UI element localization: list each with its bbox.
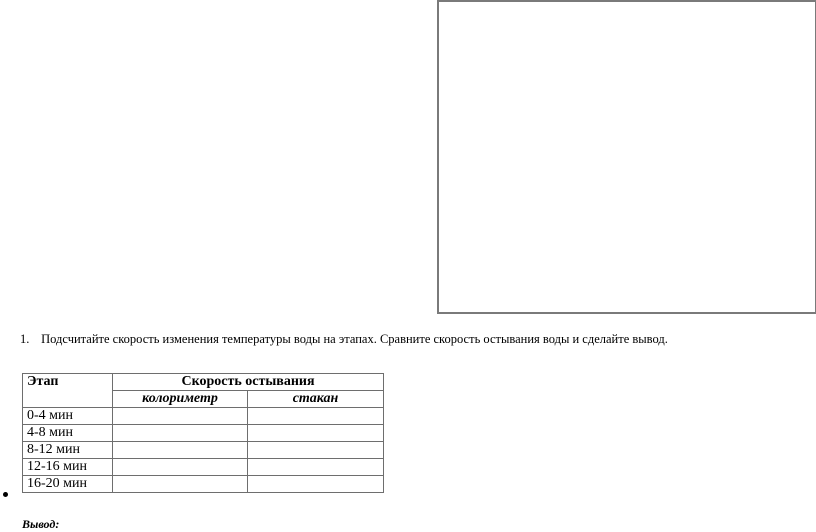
graph-drawing-area <box>437 0 816 314</box>
glass-cell[interactable] <box>248 442 384 459</box>
table-row: 16-20 мин <box>23 476 384 493</box>
stage-cell: 16-20 мин <box>23 476 113 493</box>
table-row: 0-4 мин <box>23 408 384 425</box>
header-calorimeter: колориметр <box>113 391 248 408</box>
glass-cell[interactable] <box>248 425 384 442</box>
calorimeter-cell[interactable] <box>113 408 248 425</box>
bullet-icon <box>3 492 8 497</box>
calorimeter-cell[interactable] <box>113 459 248 476</box>
table-row: 8-12 мин <box>23 442 384 459</box>
stage-cell: 8-12 мин <box>23 442 113 459</box>
stage-cell: 4-8 мин <box>23 425 113 442</box>
task-number: 1. <box>20 332 38 347</box>
calorimeter-cell[interactable] <box>113 442 248 459</box>
table-row: 4-8 мин <box>23 425 384 442</box>
task-text: Подсчитайте скорость изменения температу… <box>41 332 668 346</box>
cooling-speed-table: Этап Скорость остывания колориметр стака… <box>22 373 384 493</box>
stage-cell: 0-4 мин <box>23 408 113 425</box>
header-stage: Этап <box>23 374 113 408</box>
header-glass: стакан <box>248 391 384 408</box>
table-row: 12-16 мин <box>23 459 384 476</box>
task-instruction: 1. Подсчитайте скорость изменения темпер… <box>20 332 668 347</box>
glass-cell[interactable] <box>248 459 384 476</box>
glass-cell[interactable] <box>248 476 384 493</box>
conclusion-label: Вывод: <box>22 517 59 532</box>
calorimeter-cell[interactable] <box>113 425 248 442</box>
calorimeter-cell[interactable] <box>113 476 248 493</box>
glass-cell[interactable] <box>248 408 384 425</box>
header-cooling-speed: Скорость остывания <box>113 374 384 391</box>
stage-cell: 12-16 мин <box>23 459 113 476</box>
